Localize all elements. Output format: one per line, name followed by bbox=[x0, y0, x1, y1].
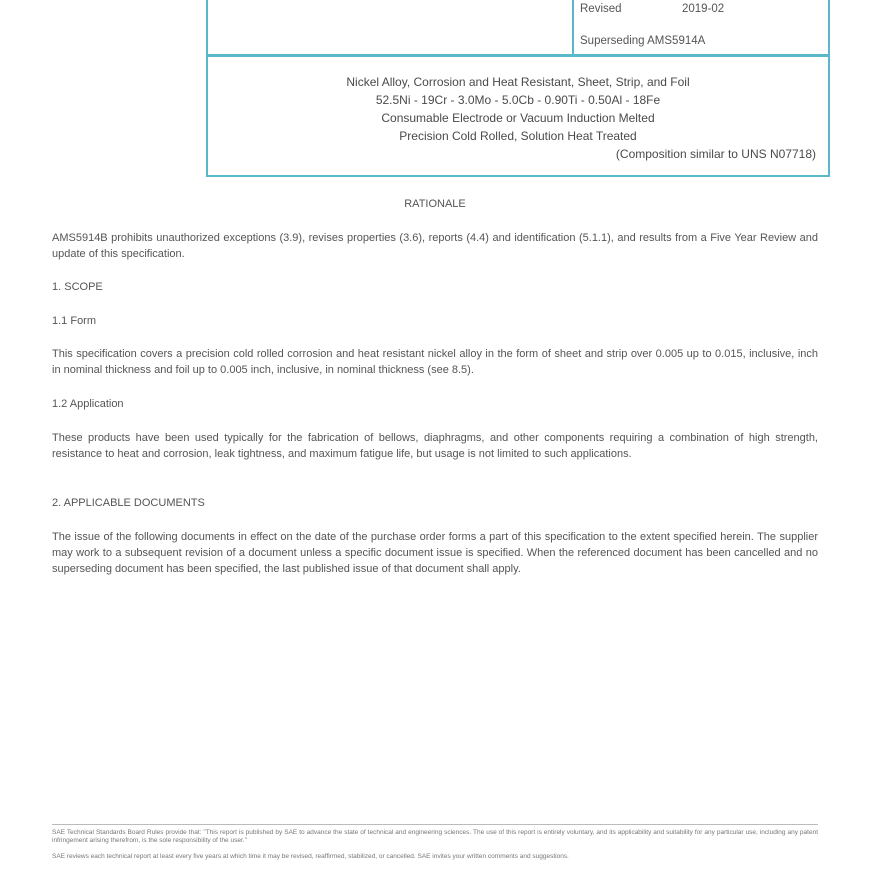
title-line: Precision Cold Rolled, Solution Heat Tre… bbox=[208, 127, 828, 145]
title-line: Nickel Alloy, Corrosion and Heat Resista… bbox=[208, 73, 828, 91]
rationale-text: AMS5914B prohibits unauthorized exceptio… bbox=[52, 230, 818, 262]
section-form-heading: 1.1 Form bbox=[52, 313, 818, 329]
rationale-heading: RATIONALE bbox=[52, 196, 818, 212]
title-line: 52.5Ni - 19Cr - 3.0Mo - 5.0Cb - 0.90Ti -… bbox=[208, 91, 828, 109]
section-application-text: These products have been used typically … bbox=[52, 430, 818, 462]
footer-disclaimer: SAE Technical Standards Board Rules prov… bbox=[52, 829, 818, 845]
composition-note: (Composition similar to UNS N07718) bbox=[208, 145, 828, 163]
section-form-text: This specification covers a precision co… bbox=[52, 346, 818, 378]
header-box bbox=[206, 0, 830, 56]
section-application-heading: 1.2 Application bbox=[52, 396, 818, 412]
section-applicable-documents-heading: 2. APPLICABLE DOCUMENTS bbox=[52, 495, 818, 511]
revised-label: Revised bbox=[580, 3, 622, 15]
header-divider bbox=[572, 0, 574, 54]
document-title: Nickel Alloy, Corrosion and Heat Resista… bbox=[208, 73, 828, 163]
footer-divider bbox=[52, 824, 818, 825]
revised-date: 2019-02 bbox=[682, 3, 724, 15]
section-scope-heading: 1. SCOPE bbox=[52, 279, 818, 295]
footer-review-note: SAE reviews each technical report at lea… bbox=[52, 853, 818, 861]
title-line: Consumable Electrode or Vacuum Induction… bbox=[208, 109, 828, 127]
superseding-note: Superseding AMS5914A bbox=[580, 35, 705, 47]
title-box: Nickel Alloy, Corrosion and Heat Resista… bbox=[206, 55, 830, 177]
section-applicable-documents-text: The issue of the following documents in … bbox=[52, 529, 818, 577]
